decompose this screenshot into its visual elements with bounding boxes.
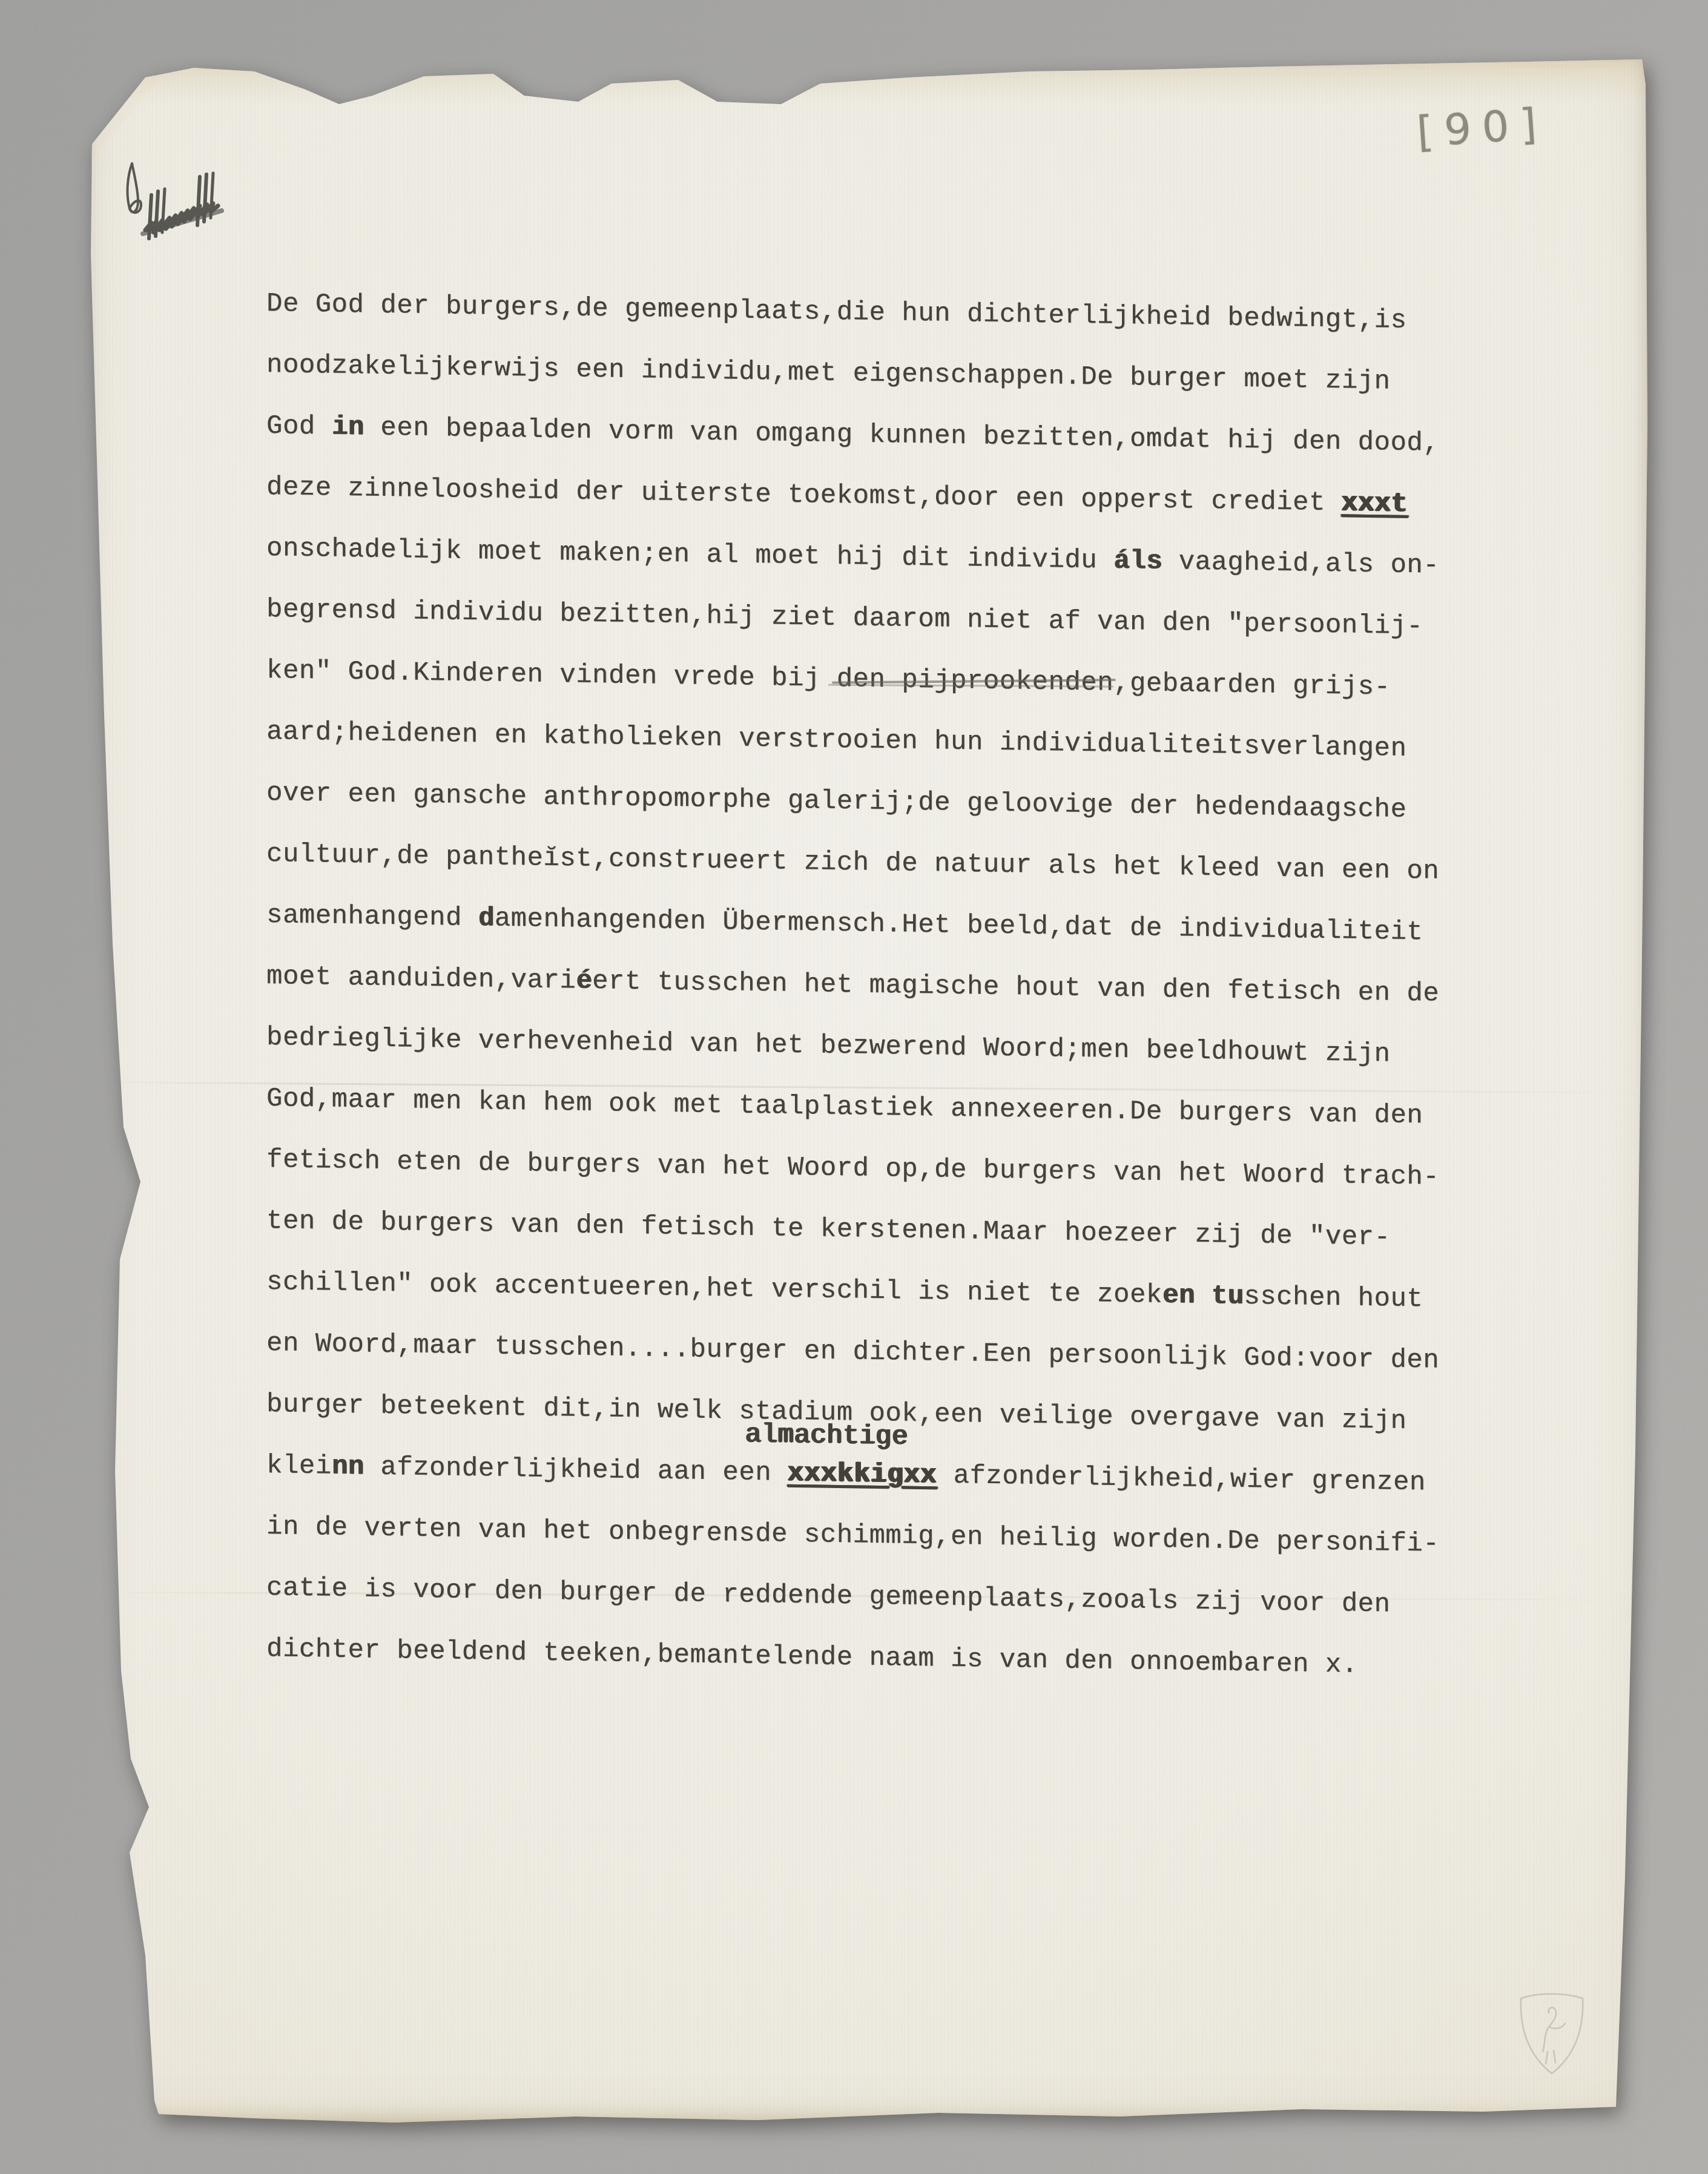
typescript-segment: en Woord,maar tusschen....burger en dich… (266, 1328, 1439, 1376)
typescript-segment: in de verten van het onbegrensde schimmi… (266, 1512, 1439, 1560)
typescript-segment: over een gansche anthropomorphe galerij;… (266, 778, 1406, 825)
bottom-edge-tint (85, 2098, 1648, 2125)
typescript-segment-over: d (478, 903, 495, 934)
torn-edge-tint (85, 54, 1648, 102)
inserted-word-above: almachtige (745, 1421, 908, 1451)
typescript-segment-over: áls (1113, 546, 1162, 577)
typescript-segment: deze zinneloosheid der uiterste toekomst… (266, 472, 1342, 518)
typescript-segment-pencil: den pijprookenden (837, 664, 1113, 699)
typescript-segment: fetisch eten de burgers van het Woord op… (266, 1145, 1439, 1193)
typescript-segment: De God der burgers,de gemeenplaats,die h… (266, 289, 1406, 336)
typescript-segment: God,maar men kan hem ook met taalplastie… (266, 1084, 1423, 1131)
typescript-segment: klei (266, 1451, 332, 1482)
watermark-icon (1508, 1989, 1598, 2086)
typescript-segment: afzonderlijkheid aan een (364, 1452, 788, 1488)
typescript-lines: De God der burgers,de gemeenplaats,die h… (266, 274, 1471, 1698)
typescript-segment-over: nn (332, 1452, 364, 1483)
typescript-segment: catie is voor den burger de reddende gem… (266, 1573, 1390, 1620)
page-number-pencil: [90] (1415, 99, 1549, 157)
typescript-segment: sschen hout (1244, 1282, 1423, 1314)
typescript-segment: vaagheid,als on- (1162, 547, 1439, 581)
typescript-segment: begrensd individu bezitten,hij ziet daar… (266, 595, 1423, 642)
typescript-segment: cultuur,de pantheĭst,construeert zich de… (266, 839, 1439, 887)
typescript-segment: moet aanduiden,vari (266, 961, 576, 996)
typescript-segment: bedrieglijke verhevenheid van het bezwer… (266, 1023, 1390, 1070)
typescript-segment: God (266, 411, 332, 443)
typescript-segment: ,gebaarden grijs- (1113, 668, 1390, 703)
typescript-segment: ert tusschen het magische hout van den f… (592, 966, 1439, 1009)
typescript-segment: afzonderlijkheid,wier grenzen (937, 1460, 1426, 1498)
typescript-segment-over: é (576, 966, 592, 996)
corner-scribble-icon (114, 153, 241, 255)
typescript-segment: schillen" ook accentueeren,het verschil … (266, 1267, 1162, 1311)
typescript-segment: ten de burgers van den fetisch te kerste… (266, 1206, 1390, 1253)
typescript-segment: ken" God.Kinderen vinden vrede bij (266, 656, 837, 694)
typescript-segment: amenhangenden Übermensch.Het beeld,dat d… (495, 904, 1423, 948)
typescript-segment: dichter beeldend teeken,bemantelende naa… (266, 1634, 1358, 1681)
typescript-segment: een bepaalden vorm van omgang kunnen bez… (364, 412, 1439, 458)
typescript-segment: samenhangend (266, 900, 478, 934)
typescript-segment-over: en tu (1162, 1280, 1244, 1312)
typescript-segment: noodzakelijkerwijs een individu,met eige… (266, 350, 1390, 397)
typescript-segment-over: in (332, 412, 364, 443)
typescript-segment: aard;heidenen en katholieken verstrooien… (266, 717, 1406, 764)
typescript-segment-xout: xxxkkigxxalmachtige (788, 1458, 937, 1491)
typescript-segment-xout: xxxt (1342, 488, 1408, 519)
typescript-segment: onschadelijk moet maken;en al moet hij d… (266, 533, 1113, 576)
